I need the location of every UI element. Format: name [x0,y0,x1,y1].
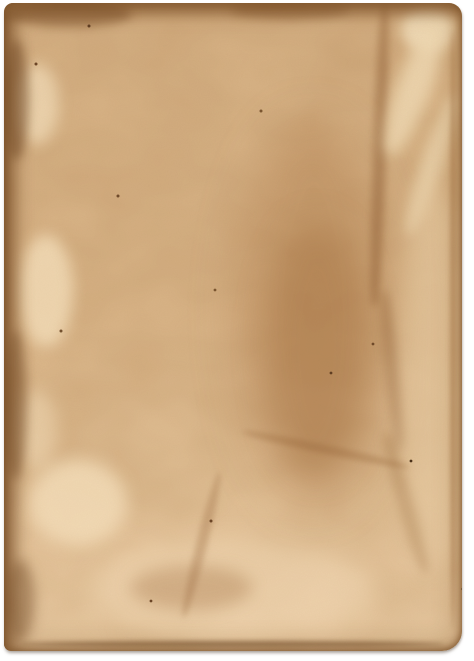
aged-paper-sheet [4,3,462,651]
scan-background [0,0,474,661]
paper-grain-texture [4,3,462,651]
